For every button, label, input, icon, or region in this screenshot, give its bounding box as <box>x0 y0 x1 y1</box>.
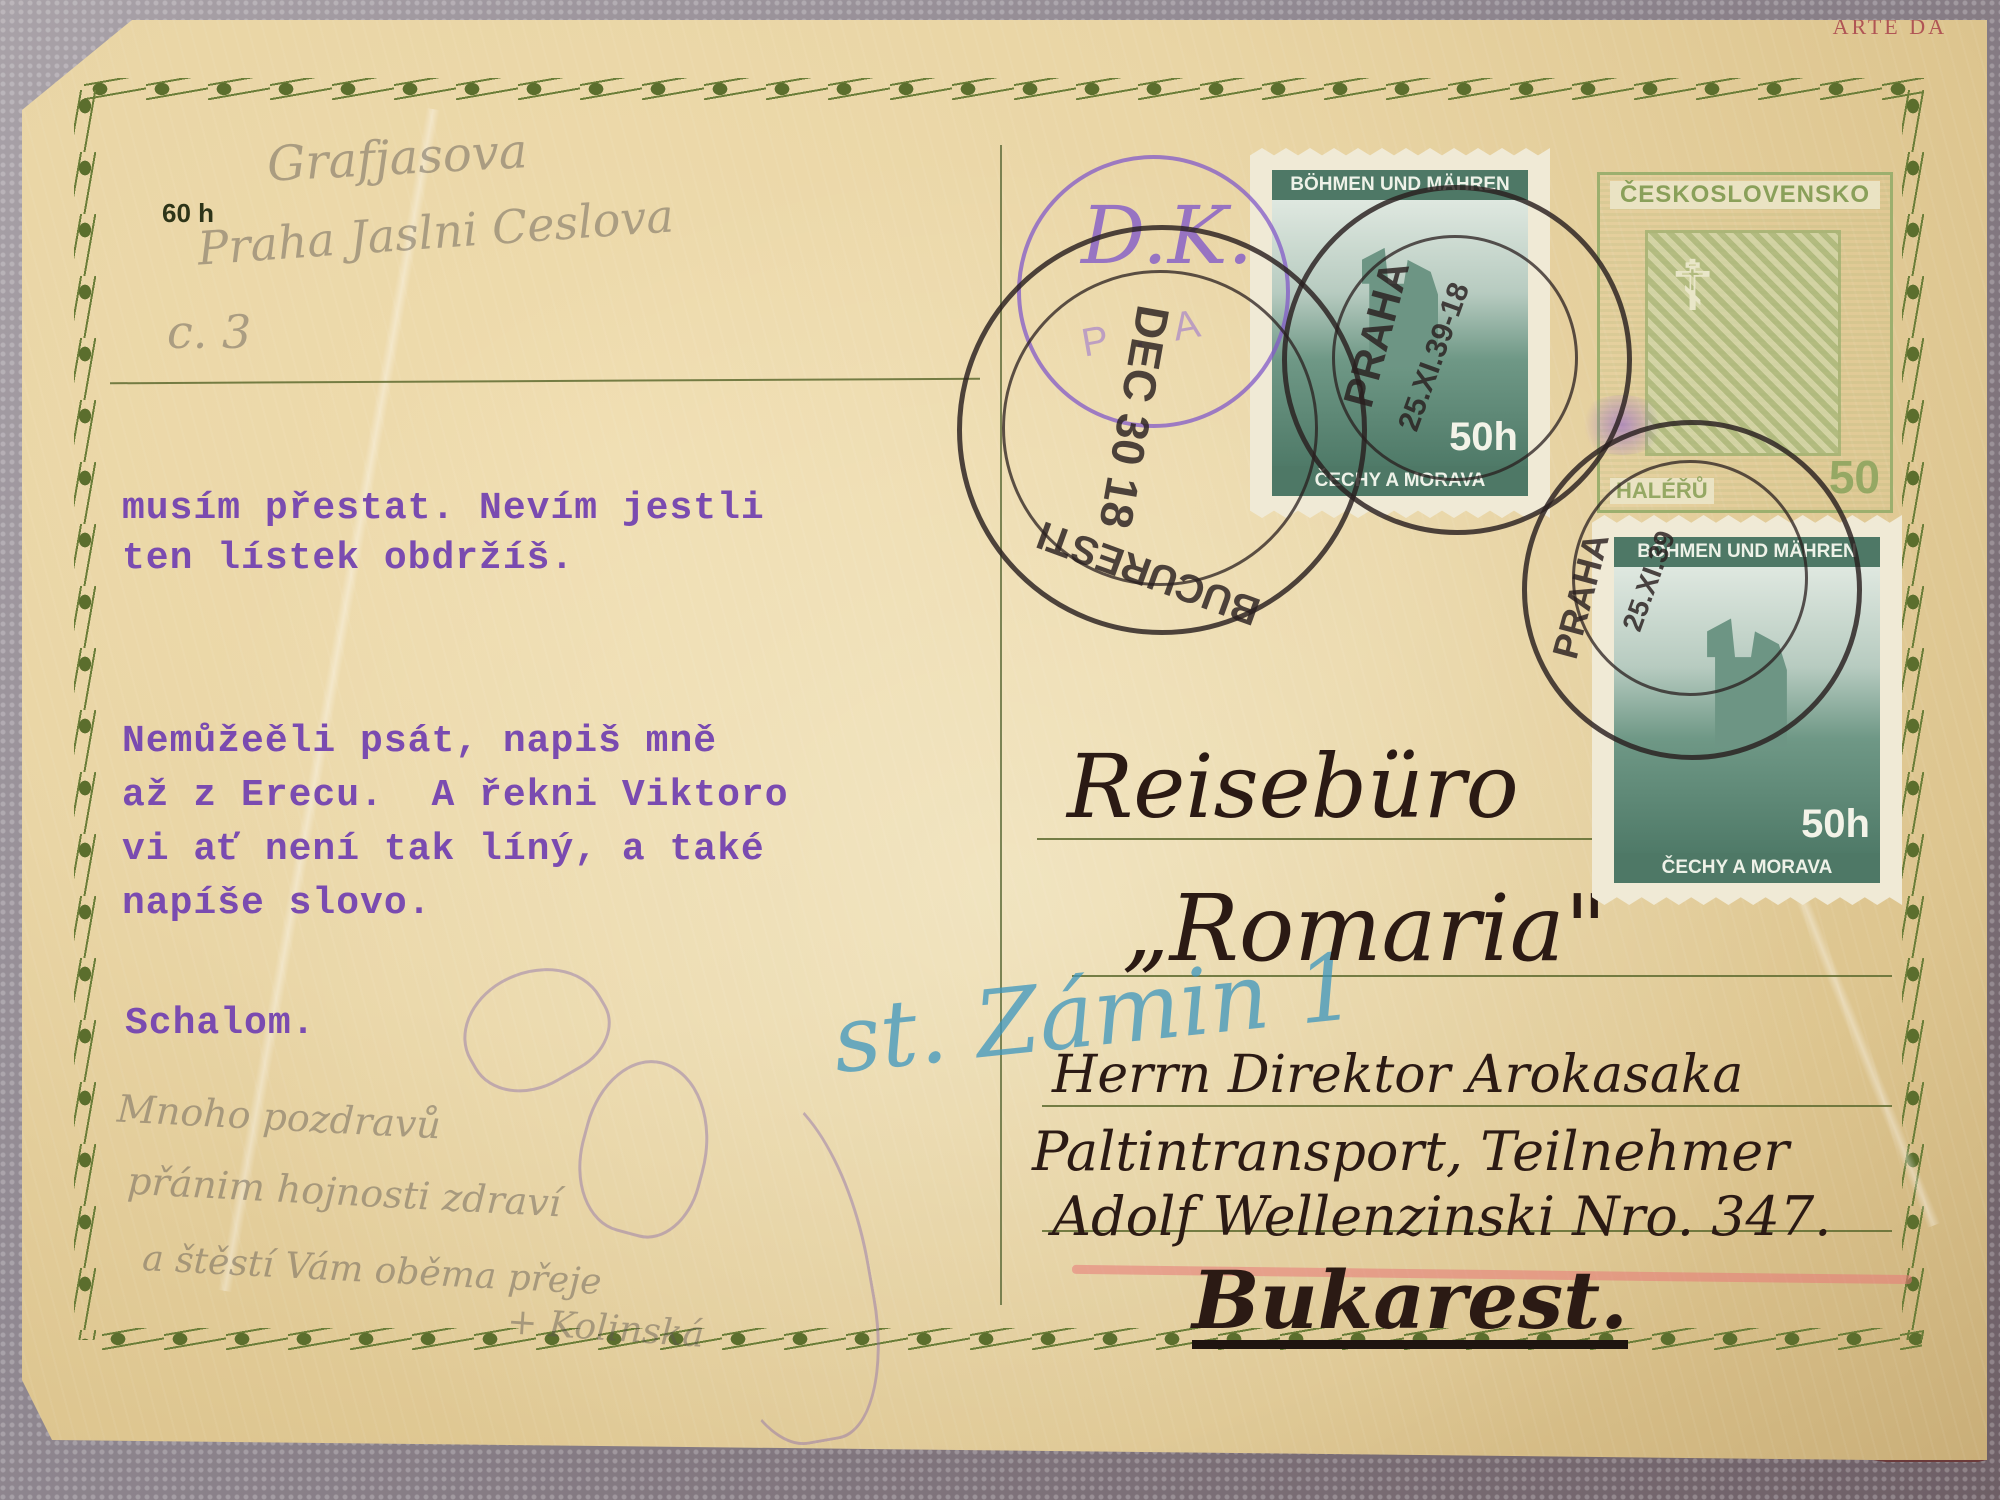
stamp-value: 50h <box>1801 802 1870 847</box>
typed-line: vi ať není tak líný, a také <box>122 826 765 874</box>
postscript-line: Mnoho pozdravů <box>116 1087 442 1148</box>
top-strip-text: ARTE DA <box>1833 14 1947 40</box>
address-line-3 <box>1042 1105 1892 1107</box>
ornament-border-bottom <box>102 1328 1922 1350</box>
postscript-line: přánim hojnosti zdraví <box>126 1159 562 1226</box>
typed-line: Nemůžeěli psát, napiš mně <box>122 718 717 766</box>
indicium-country: ČESKOSLOVENSKO <box>1610 181 1880 209</box>
typed-line: Schalom. <box>125 1000 315 1048</box>
typed-line: ten lístek obdržíš. <box>122 535 574 583</box>
address-city: Bukarest. <box>1192 1260 1628 1349</box>
postscript-line: a štěstí Vám oběma přeje <box>141 1238 602 1303</box>
address-herrn-direktor: Herrn Direktor Arokasaka <box>1052 1045 1743 1105</box>
postcard: ARTE DA 60 h Grafjasova Praha Jaslni Ces… <box>22 20 1987 1460</box>
address-line-1 <box>1037 838 1617 840</box>
typed-line: musím přestat. Nevím jestli <box>122 485 765 533</box>
ornament-border-left <box>74 90 96 1340</box>
address-name: Adolf Wellenzinski Nro. 347. <box>1052 1185 1831 1248</box>
sender-line-1: Grafjasova <box>266 123 529 193</box>
signature-loop <box>443 941 627 1114</box>
ornament-border-top <box>84 78 1924 100</box>
stamp-bottom-label: ČECHY A MORAVA <box>1614 853 1880 883</box>
address-reisebuero: Reisebüro <box>1067 735 1519 838</box>
postmark-praha-2: PRAHA 25.XI.39 <box>1522 420 1862 760</box>
sender-line-2: Praha Jaslni Ceslova <box>196 188 676 275</box>
typed-line: až z Erecu. A řekni Viktoro <box>122 772 789 820</box>
address-romaria: „Romaria" <box>1122 875 1607 982</box>
address-transport: Paltintransport, Teilnehmer <box>1032 1120 1789 1183</box>
typed-line: napíše slovo. <box>122 880 431 928</box>
indicium-value: 50 <box>1829 450 1880 504</box>
sender-line-3: c. 3 <box>167 305 251 359</box>
signature-tail <box>671 1068 898 1457</box>
double-cross-icon: ☦ <box>1670 245 1715 327</box>
sender-underline <box>110 378 980 385</box>
